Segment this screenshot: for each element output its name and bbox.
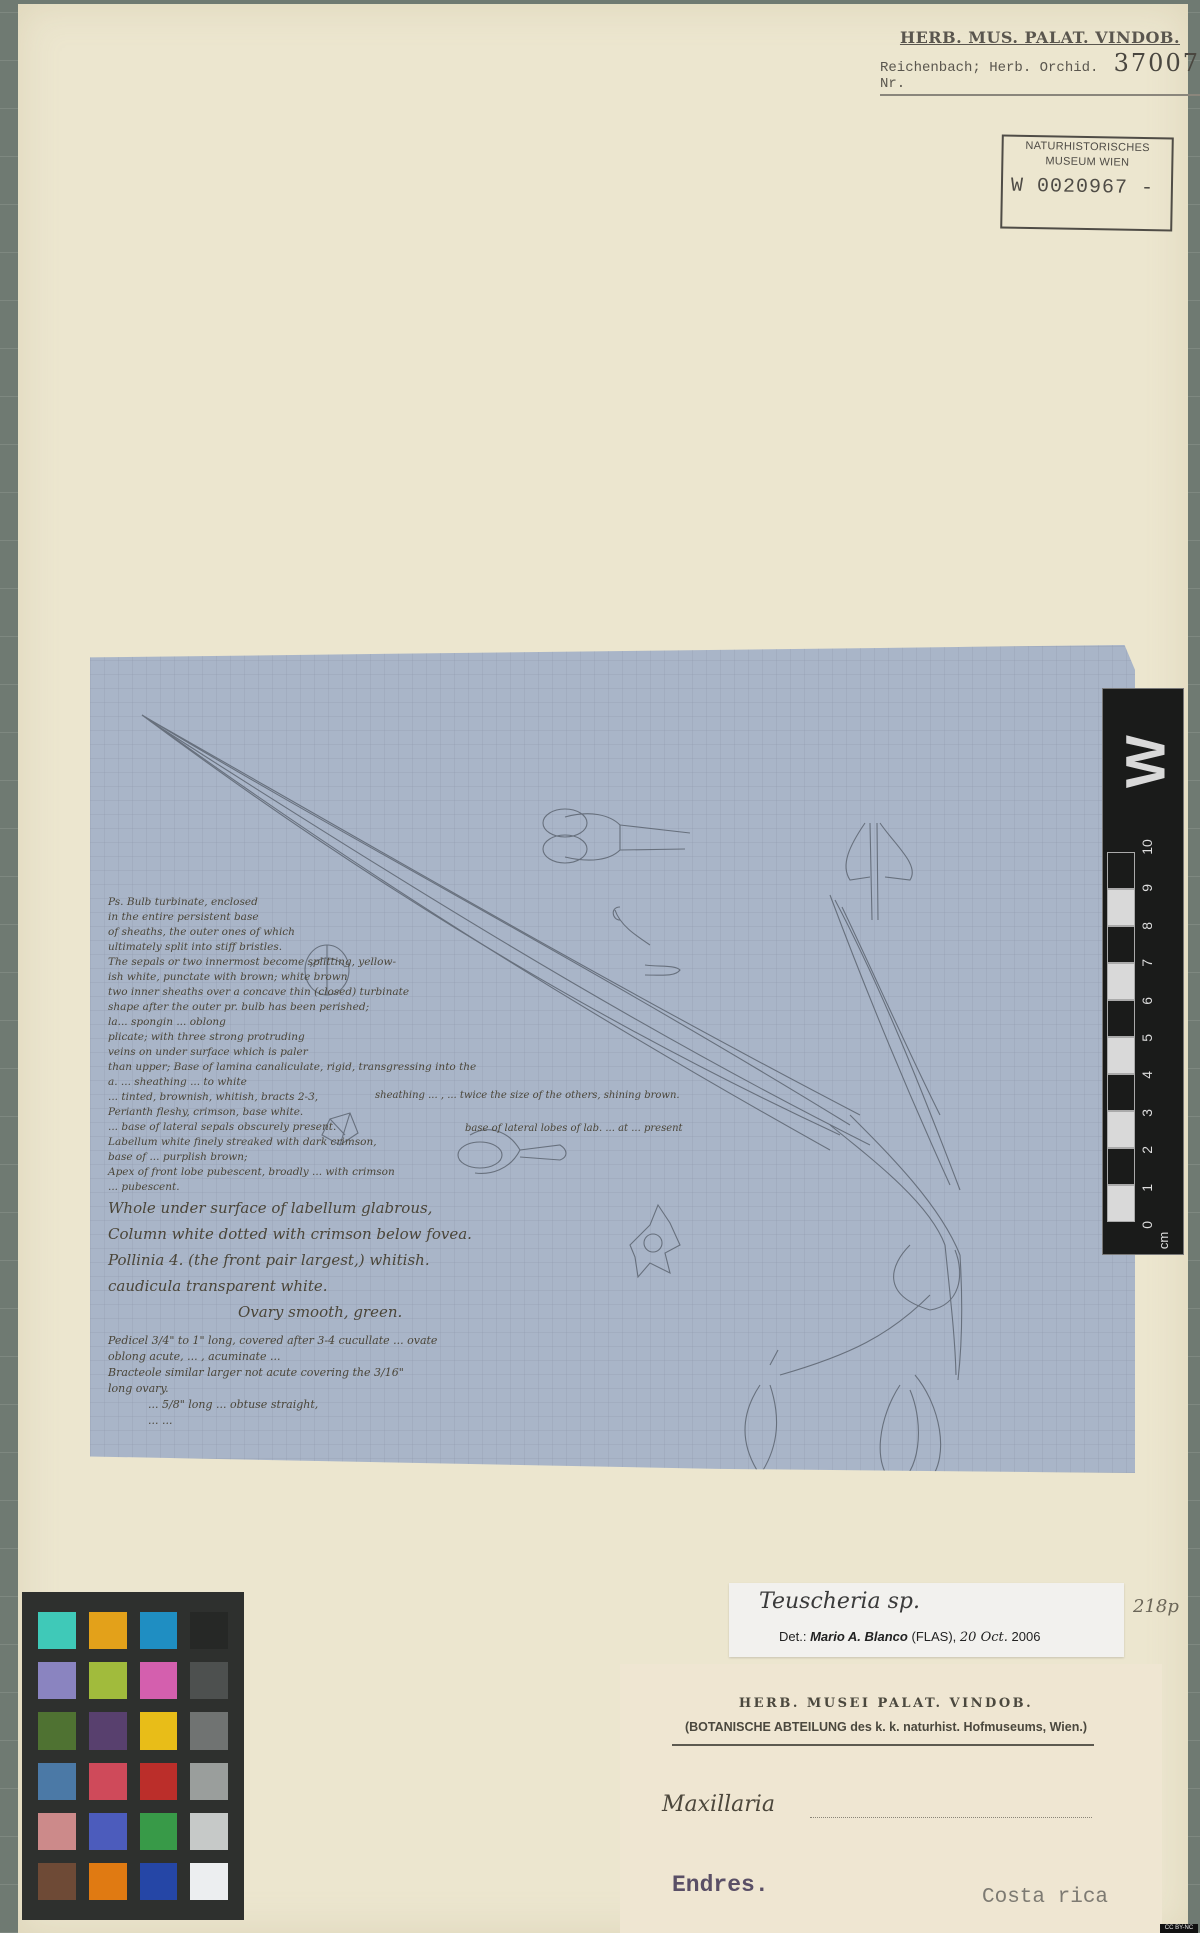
museum-label: HERB. MUSEI PALAT. VINDOB. (BOTANISCHE A… — [620, 1664, 1162, 1933]
note-line: Pedicel 3/4" to 1" long, covered after 3… — [108, 1333, 548, 1349]
stamp-subtitle: Reichenbach; Herb. Orchid. Nr. — [880, 60, 1108, 92]
museum-stamp-title-1: NATURHISTORISCHES — [1004, 140, 1172, 155]
side-note: sheathing ... , ... twice the size of th… — [375, 1090, 775, 1101]
note-line: ... pubescent. — [108, 1180, 548, 1195]
note-line-large: caudicula transparent white. — [108, 1273, 548, 1299]
note-line-large: Ovary smooth, green. — [108, 1299, 548, 1325]
determination-line: Det.: Mario A. Blanco (FLAS), 20 Oct. 20… — [779, 1629, 1040, 1645]
color-swatch — [38, 1662, 76, 1699]
note-line: long ovary. — [108, 1381, 548, 1397]
det-date: 20 Oct. — [960, 1630, 1008, 1645]
scale-tick-label: 9 — [1139, 877, 1155, 893]
scale-tick-label: 5 — [1139, 1026, 1155, 1042]
scale-tick-label: 1 — [1139, 1176, 1155, 1192]
note-line: two inner sheaths over a concave thin (c… — [108, 985, 548, 1000]
color-swatch — [190, 1612, 228, 1649]
color-swatch — [190, 1662, 228, 1699]
scale-bar: W 0 1 2 3 4 5 6 7 8 9 10 copyright reser… — [1102, 688, 1184, 1255]
note-line: in the entire persistent base — [108, 910, 548, 925]
note-line: veins on under surface which is paler — [108, 1045, 548, 1060]
label-divider — [672, 1744, 1094, 1746]
note-line: Labellum white finely streaked with dark… — [108, 1135, 548, 1150]
note-line: of sheaths, the outer ones of which — [108, 925, 548, 940]
note-line: shape after the outer pr. bulb has been … — [108, 1000, 548, 1015]
color-swatch — [140, 1662, 178, 1699]
color-swatch — [89, 1813, 127, 1850]
color-swatch — [38, 1712, 76, 1749]
license-badge: CC BY-NC — [1160, 1924, 1198, 1933]
note-line: Perianth fleshy, crimson, base white. — [108, 1105, 548, 1120]
stamp-title: HERB. MUS. PALAT. VINDOB. — [880, 28, 1200, 47]
color-swatch — [190, 1712, 228, 1749]
museum-barcode-stamp: NATURHISTORISCHES MUSEUM WIEN W 0020967 … — [1000, 135, 1174, 232]
scale-tick-label: 8 — [1139, 914, 1155, 930]
color-swatch — [89, 1863, 127, 1900]
museum-logo: W — [1113, 732, 1178, 792]
handwritten-notes: Ps. Bulb turbinate, enclosed in the enti… — [108, 895, 548, 1429]
determiner-institution: (FLAS), — [911, 1629, 956, 1644]
stamp-subtitle-row: Reichenbach; Herb. Orchid. Nr. 37007 — [880, 49, 1200, 96]
note-line: base of ... purplish brown; — [108, 1150, 548, 1165]
note-line: a. ... sheathing ... to white — [108, 1075, 548, 1090]
color-swatch — [140, 1712, 178, 1749]
side-note: base of lateral lobes of lab. ... at ...… — [465, 1123, 865, 1134]
note-line: The sepals or two innermost become split… — [108, 955, 548, 970]
label-header: HERB. MUSEI PALAT. VINDOB. — [620, 1696, 1152, 1711]
note-line-large: Whole under surface of labellum glabrous… — [108, 1195, 548, 1221]
note-line: ish white, punctate with brown; white br… — [108, 970, 548, 985]
determiner-name: Mario A. Blanco — [810, 1629, 908, 1644]
scale-ticks — [1107, 852, 1135, 1222]
note-line: ... ... — [108, 1413, 548, 1429]
note-line: Apex of front lobe pubescent, broadly ..… — [108, 1165, 548, 1180]
label-genus: Maxillaria — [662, 1792, 775, 1817]
scale-tick-label: 4 — [1139, 1064, 1155, 1080]
label-dotted-line — [810, 1817, 1092, 1818]
color-swatch — [89, 1712, 127, 1749]
note-lower-block: Pedicel 3/4" to 1" long, covered after 3… — [108, 1333, 548, 1429]
color-swatch — [190, 1863, 228, 1900]
note-line-large: Column white dotted with crimson below f… — [108, 1221, 548, 1247]
herbarium-header-stamp: HERB. MUS. PALAT. VINDOB. Reichenbach; H… — [880, 28, 1200, 96]
color-swatch — [140, 1863, 178, 1900]
note-line: la... spongin ... oblong — [108, 1015, 548, 1030]
scale-tick-label: 6 — [1139, 989, 1155, 1005]
note-line: Ps. Bulb turbinate, enclosed — [108, 895, 548, 910]
note-line: ... 5/8" long ... obtuse straight, — [108, 1397, 548, 1413]
stamp-number: 37007 — [1114, 49, 1200, 77]
scale-numbers: 0 1 2 3 4 5 6 7 8 9 10 — [1139, 839, 1155, 1229]
color-swatch — [190, 1813, 228, 1850]
det-prefix: Det.: — [779, 1629, 806, 1644]
scale-tick-label: 2 — [1139, 1138, 1155, 1154]
pencil-annotation: 218p — [1133, 1596, 1179, 1617]
note-line-large: Pollinia 4. (the front pair largest,) wh… — [108, 1247, 548, 1273]
color-swatch — [38, 1763, 76, 1800]
color-swatch — [38, 1863, 76, 1900]
color-swatch — [140, 1763, 178, 1800]
note-line: Bracteole similar larger not acute cover… — [108, 1365, 548, 1381]
color-swatch — [38, 1813, 76, 1850]
museum-stamp-title-2: MUSEUM WIEN — [1003, 155, 1171, 170]
scale-tick-label: 0 — [1139, 1213, 1155, 1229]
color-swatch — [89, 1763, 127, 1800]
color-swatch — [38, 1612, 76, 1649]
note-line: oblong acute, ... , acuminate ... — [108, 1349, 548, 1365]
color-swatch — [89, 1662, 127, 1699]
note-line: than upper; Base of lamina canaliculate,… — [108, 1060, 548, 1075]
note-line: ultimately split into stiff bristles. — [108, 940, 548, 955]
label-collector: Endres. — [672, 1872, 769, 1898]
scale-unit: cm — [1156, 1232, 1171, 1249]
taxon-name: Teuscheria sp. — [759, 1589, 920, 1614]
color-swatch — [140, 1813, 178, 1850]
det-year: 2006 — [1012, 1629, 1041, 1644]
botanical-drawing-paper: Ps. Bulb turbinate, enclosed in the enti… — [90, 645, 1135, 1473]
scale-tick-label: 3 — [1139, 1101, 1155, 1117]
specimen-barcode: W 0020967 - — [1011, 175, 1171, 201]
scale-tick-label: 7 — [1139, 951, 1155, 967]
color-swatch — [89, 1612, 127, 1649]
note-line: plicate; with three strong protruding — [108, 1030, 548, 1045]
color-swatch — [140, 1612, 178, 1649]
label-subheader: (BOTANISCHE ABTEILUNG des k. k. naturhis… — [620, 1720, 1152, 1734]
color-swatch — [190, 1763, 228, 1800]
scale-tick-label: 10 — [1139, 839, 1155, 855]
determination-label: Teuscheria sp. Det.: Mario A. Blanco (FL… — [729, 1583, 1124, 1657]
label-locality: Costa rica — [982, 1886, 1108, 1909]
color-calibration-chart — [22, 1592, 244, 1920]
